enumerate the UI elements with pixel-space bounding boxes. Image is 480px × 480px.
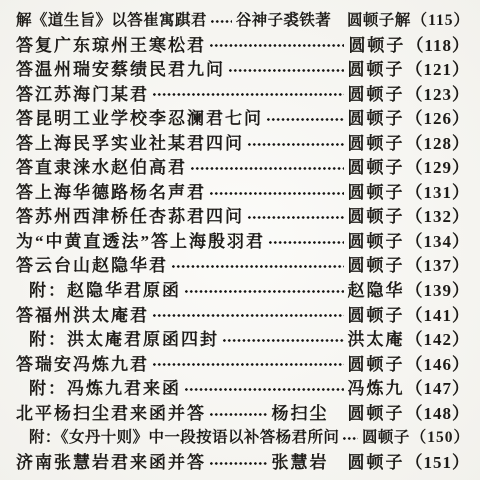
toc-entry: 答上海民孚实业社某君四问圆顿子（128） xyxy=(16,132,470,157)
entry-author: 圆顿子 xyxy=(348,205,405,230)
dot-leader xyxy=(210,19,232,24)
entry-author: 圆顿子 xyxy=(348,58,405,83)
entry-author: 杨扫尘 圆顿子 xyxy=(272,402,405,427)
entry-author: 圆顿子 xyxy=(348,34,405,59)
entry-title: 答直隶涞水赵伯高君 xyxy=(16,156,187,181)
dot-leader xyxy=(152,362,344,367)
entry-author: 洪太庵 xyxy=(348,328,405,353)
toc-entry: 答瑞安冯炼九君圆顿子（146） xyxy=(16,353,470,378)
entry-title: 附：冯炼九君来函 xyxy=(29,377,181,402)
entry-page-number: （142） xyxy=(406,328,471,353)
entry-title: 答瑞安冯炼九君 xyxy=(16,353,149,378)
entry-page-number: （151） xyxy=(406,451,471,476)
entry-author: 圆顿子 xyxy=(348,254,405,279)
dot-leader xyxy=(184,289,344,294)
entry-author: 圆顿子 xyxy=(362,426,410,451)
entry-author: 赵隐华 xyxy=(348,279,405,304)
toc-entry: 附：赵隐华君原函赵隐华（139） xyxy=(16,279,470,304)
toc-entry: 附：洪太庵君原函四封洪太庵（142） xyxy=(16,328,470,353)
entry-page-number: （128） xyxy=(406,132,471,157)
entry-title: 北平杨扫尘君来函并答 xyxy=(16,402,206,427)
entry-page-number: （126） xyxy=(406,107,471,132)
dot-leader xyxy=(190,166,344,171)
entry-title: 答温州瑞安蔡绩民君九问 xyxy=(16,58,225,83)
dot-leader xyxy=(209,461,268,466)
entry-page-number: （147） xyxy=(406,377,471,402)
entry-author: 圆顿子 xyxy=(348,83,405,108)
entry-title: 答云台山赵隐华君 xyxy=(16,254,168,279)
toc-entry: 附：冯炼九君来函冯炼九（147） xyxy=(16,377,470,402)
toc-entry: 答温州瑞安蔡绩民君九问圆顿子（121） xyxy=(16,58,470,83)
entry-title: 附：《女丹十则》中一段按语以补答杨君所问 xyxy=(29,426,339,451)
entry-page-number: （134） xyxy=(406,230,471,255)
table-of-contents: 解《道生旨》以答崔寓踑君谷神子裘铁著 圆顿子解（115）答复广东琼州王寒松君圆顿… xyxy=(16,9,470,475)
entry-page-number: （141） xyxy=(406,304,471,329)
dot-leader xyxy=(209,412,268,417)
entry-author: 圆顿子 xyxy=(348,181,405,206)
entry-page-number: （129） xyxy=(406,156,471,181)
entry-author: 圆顿子 xyxy=(348,156,405,181)
entry-page-number: （146） xyxy=(406,353,471,378)
entry-title: 济南张慧岩君来函并答 xyxy=(16,451,206,476)
entry-title: 答复广东琼州王寒松君 xyxy=(16,34,206,59)
dot-leader xyxy=(152,313,344,318)
entry-title: 答上海华德路杨名声君 xyxy=(16,181,206,206)
toc-entry: 为“中黄直透法”答上海殷羽君圆顿子（134） xyxy=(16,230,470,255)
toc-page: 解《道生旨》以答崔寓踑君谷神子裘铁著 圆顿子解（115）答复广东琼州王寒松君圆顿… xyxy=(0,0,480,480)
entry-title: 解《道生旨》以答崔寓踑君 xyxy=(16,9,207,34)
dot-leader xyxy=(171,264,344,269)
entry-title: 答昆明工业学校李忍澜君七问 xyxy=(16,107,263,132)
entry-title: 答江苏海门某君 xyxy=(16,83,149,108)
dot-leader xyxy=(342,436,358,441)
entry-page-number: （123） xyxy=(406,83,471,108)
entry-title: 答福州洪太庵君 xyxy=(16,304,149,329)
entry-page-number: （121） xyxy=(406,58,471,83)
entry-page-number: （150） xyxy=(411,426,470,451)
dot-leader xyxy=(266,117,344,122)
dot-leader xyxy=(209,43,344,48)
entry-author: 谷神子裘铁著 圆顿子解 xyxy=(236,9,411,34)
entry-author: 圆顿子 xyxy=(348,353,405,378)
toc-entry: 答直隶涞水赵伯高君圆顿子（129） xyxy=(16,156,470,181)
toc-entry: 解《道生旨》以答崔寓踑君谷神子裘铁著 圆顿子解（115） xyxy=(16,9,470,34)
entry-page-number: （131） xyxy=(406,181,471,206)
entry-title: 答苏州西津桥任杏荪君四问 xyxy=(16,205,244,230)
dot-leader xyxy=(247,215,344,220)
entry-author: 圆顿子 xyxy=(348,132,405,157)
entry-author: 冯炼九 xyxy=(348,377,405,402)
toc-entry: 答上海华德路杨名声君圆顿子（131） xyxy=(16,181,470,206)
dot-leader xyxy=(209,191,344,196)
entry-title: 附：洪太庵君原函四封 xyxy=(29,328,219,353)
entry-author: 圆顿子 xyxy=(348,304,405,329)
toc-entry: 答复广东琼州王寒松君圆顿子（118） xyxy=(16,34,470,59)
toc-entry: 答福州洪太庵君圆顿子（141） xyxy=(16,304,470,329)
toc-entry: 答江苏海门某君圆顿子（123） xyxy=(16,83,470,108)
entry-page-number: （132） xyxy=(406,205,471,230)
toc-entry: 北平杨扫尘君来函并答杨扫尘 圆顿子（148） xyxy=(16,402,470,427)
entry-page-number: （139） xyxy=(406,279,471,304)
entry-page-number: （148） xyxy=(406,402,471,427)
dot-leader xyxy=(184,387,344,392)
entry-title: 附：赵隐华君原函 xyxy=(29,279,181,304)
dot-leader xyxy=(152,92,344,97)
dot-leader xyxy=(268,240,344,245)
entry-author: 圆顿子 xyxy=(348,107,405,132)
entry-title: 答上海民孚实业社某君四问 xyxy=(16,132,244,157)
toc-entry: 答云台山赵隐华君圆顿子（137） xyxy=(16,254,470,279)
entry-page-number: （137） xyxy=(406,254,471,279)
toc-entry: 答昆明工业学校李忍澜君七问圆顿子（126） xyxy=(16,107,470,132)
dot-leader xyxy=(222,338,344,343)
dot-leader xyxy=(228,68,344,73)
entry-author: 张慧岩 圆顿子 xyxy=(272,451,405,476)
toc-entry: 答苏州西津桥任杏荪君四问圆顿子（132） xyxy=(16,205,470,230)
toc-entry: 济南张慧岩君来函并答张慧岩 圆顿子（151） xyxy=(16,451,470,476)
entry-title: 为“中黄直透法”答上海殷羽君 xyxy=(16,230,265,255)
toc-entry: 附：《女丹十则》中一段按语以补答杨君所问圆顿子（150） xyxy=(16,426,470,451)
entry-author: 圆顿子 xyxy=(348,230,405,255)
entry-page-number: （115） xyxy=(412,9,470,34)
entry-page-number: （118） xyxy=(406,34,470,59)
dot-leader xyxy=(247,142,344,147)
